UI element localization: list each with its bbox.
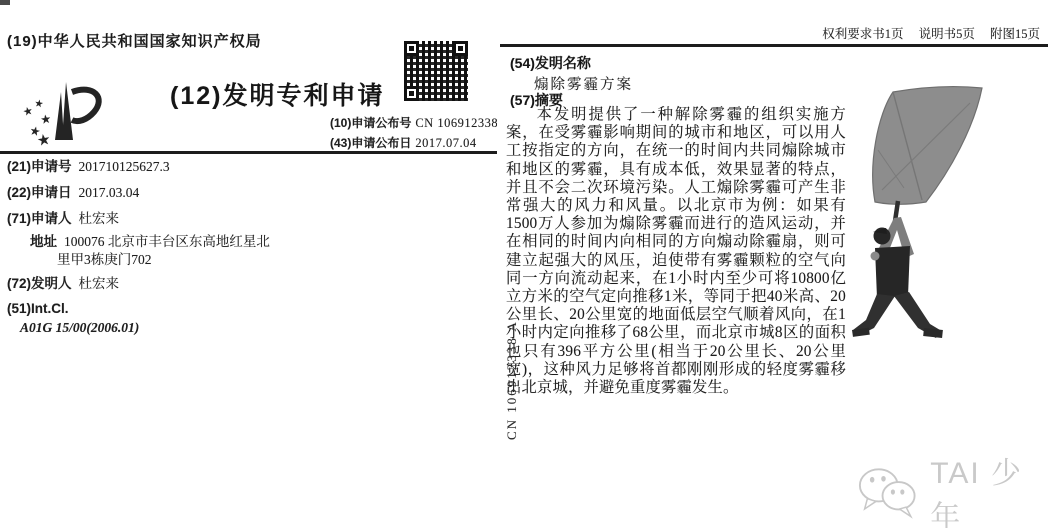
svg-text:★: ★	[22, 105, 35, 119]
patent-front-page: (19)中华人民共和国国家知识产权局 ★ ★ ★ ★ ★ (12)发明专利申请	[0, 0, 1048, 528]
pages-count-line: 权利要求书1页 说明书5页 附图15页	[822, 24, 1040, 42]
intcl-value-row: A01G 15/00(2006.01)	[20, 319, 139, 336]
abstract-text: 本发明提供了一种解除雾霾的组织实施方案，在受雾霾影响期间的城市和地区，可以用人工…	[506, 106, 846, 397]
intcl-label: (51)Int.Cl.	[7, 301, 69, 316]
watermark: TAI 少年	[858, 448, 1048, 528]
publication-date-value: 2017.07.04	[415, 136, 476, 150]
application-number-label: (21)申请号	[7, 159, 72, 174]
publication-number-value: CN 106912338 A	[415, 116, 497, 130]
address-line1: 100076 北京市丰台区东高地红星北	[64, 234, 270, 249]
publication-date-label: (43)申请公布日	[330, 136, 411, 150]
cnipa-logo-icon: ★ ★ ★ ★ ★	[20, 78, 112, 157]
address-row2: 里甲3栋庚门702	[57, 251, 152, 268]
applicant-label: (71)申请人	[7, 211, 72, 226]
filing-date-row: (22)申请日2017.03.04	[7, 184, 139, 201]
wechat-icon	[858, 464, 920, 520]
qr-finder-icon	[404, 41, 419, 56]
abstract-figure	[852, 70, 1012, 367]
intcl-row: (51)Int.Cl.	[7, 300, 76, 317]
right-panel: 权利要求书1页 说明书5页 附图15页 (54)发明名称 煽除雾霾方案 (57)…	[500, 0, 1048, 528]
left-panel: (19)中华人民共和国国家知识产权局 ★ ★ ★ ★ ★ (12)发明专利申请	[0, 0, 497, 528]
qr-finder-icon	[453, 41, 468, 56]
address-line2: 里甲3栋庚门702	[57, 252, 152, 267]
watermark-text: TAI 少年	[930, 448, 1048, 528]
publication-number-label: (10)申请公布号	[330, 116, 411, 130]
inventor-label: (72)发明人	[7, 276, 72, 291]
publication-number-row: (10)申请公布号CN 106912338 A	[330, 113, 497, 133]
filing-date-value: 2017.03.04	[79, 185, 140, 200]
intcl-class-value: A01G 15/00(2006.01)	[20, 320, 139, 335]
qr-code-icon	[404, 41, 468, 101]
scan-artifact-mark	[0, 0, 10, 5]
header-divider-line	[0, 151, 497, 154]
inventor-name: 杜宏来	[79, 276, 120, 291]
filing-date-label: (22)申请日	[7, 185, 72, 200]
fan-man-illustration	[852, 70, 1012, 362]
svg-text:★: ★	[33, 98, 44, 110]
publication-date-row: (43)申请公布日2017.07.04	[330, 133, 497, 153]
applicant-name: 杜宏来	[79, 211, 120, 226]
address-row: 地址100076 北京市丰台区东高地红星北	[30, 233, 270, 250]
inventor-row: (72)发明人杜宏来	[7, 275, 119, 292]
header-divider-line-right	[500, 44, 1048, 47]
publication-info: (10)申请公布号CN 106912338 A (43)申请公布日2017.07…	[330, 113, 497, 153]
application-number-value: 201710125627.3	[79, 159, 170, 174]
patent-office-name: (19)中华人民共和国国家知识产权局	[7, 30, 262, 51]
applicant-row: (71)申请人杜宏来	[7, 210, 119, 227]
address-label: 地址	[30, 234, 57, 249]
side-publication-code: CN 106912338 A	[504, 320, 520, 440]
qr-finder-icon	[404, 86, 419, 101]
invention-title-label: (54)发明名称	[510, 53, 591, 73]
application-number-row: (21)申请号201710125627.3	[7, 158, 170, 175]
svg-text:★: ★	[36, 132, 52, 150]
document-type-title: (12)发明专利申请	[170, 76, 384, 112]
